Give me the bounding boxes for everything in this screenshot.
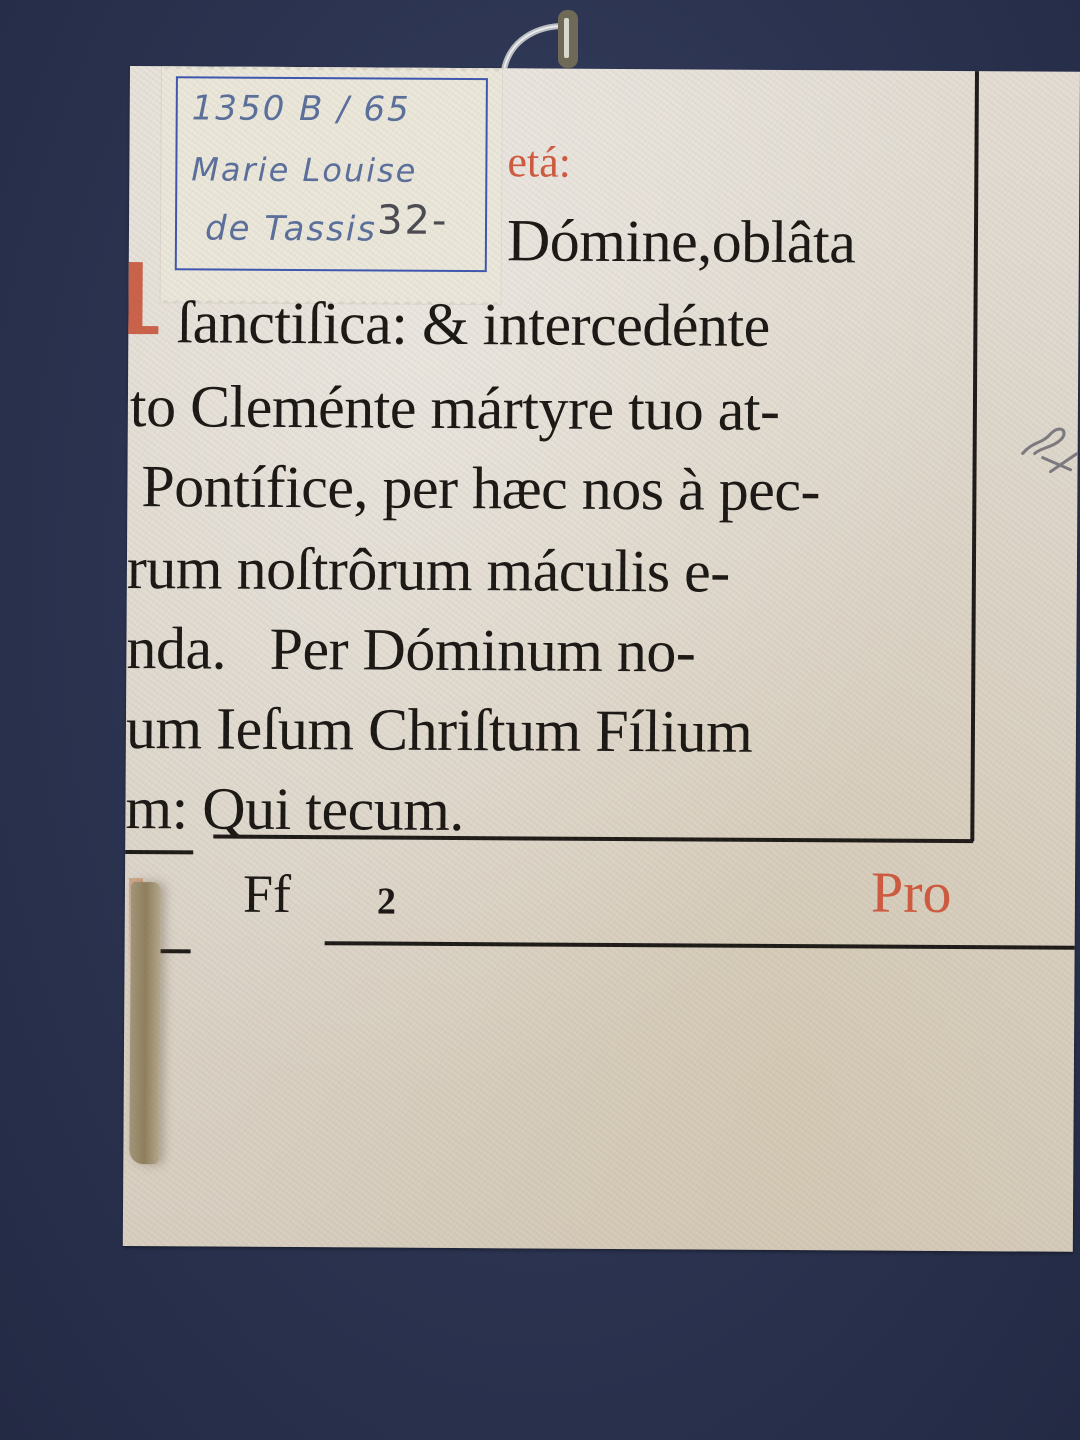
- label-price: 32-: [377, 198, 449, 244]
- rule-horizontal: [325, 941, 1075, 950]
- text-line: rum noſtrôrum máculis e-: [127, 534, 730, 607]
- label-frame: 1350 B / 65 Marie Louise de Tassis 32-: [175, 76, 488, 272]
- text-line: nda. Per Dóminum no-: [126, 614, 695, 686]
- label-name-line-2: de Tassis: [205, 208, 377, 249]
- label-inventory-number: 1350 B / 65: [192, 88, 411, 129]
- text-line: to Cleménte mártyre tuo at-: [130, 372, 780, 445]
- column-rule-vertical: [970, 71, 979, 841]
- text-line: Pontífice, per hæc nos à pec-: [141, 452, 820, 525]
- rule-horizontal: [125, 850, 193, 854]
- catchword: Pro: [871, 859, 952, 926]
- signature-mark: Ff: [243, 863, 291, 925]
- text-line: Dómine,oblâta: [507, 206, 856, 277]
- hinge-tab: [129, 882, 161, 1164]
- text-line: ſanctiſica: & intercedénte: [176, 288, 770, 361]
- label-name-line: Marie Louise: [191, 150, 417, 189]
- rubric-heading: etá:: [507, 136, 571, 187]
- text-line: um Ieſum Chriſtum Fílium: [126, 694, 753, 767]
- mounted-page-fragment: 1350 B / 65 Marie Louise de Tassis 32- e…: [123, 66, 1080, 1252]
- red-initial-letter: [128, 262, 158, 334]
- pencil-mark-icon: [1020, 423, 1080, 483]
- signature-number: 2: [377, 880, 396, 924]
- collection-label: 1350 B / 65 Marie Louise de Tassis 32-: [161, 66, 502, 304]
